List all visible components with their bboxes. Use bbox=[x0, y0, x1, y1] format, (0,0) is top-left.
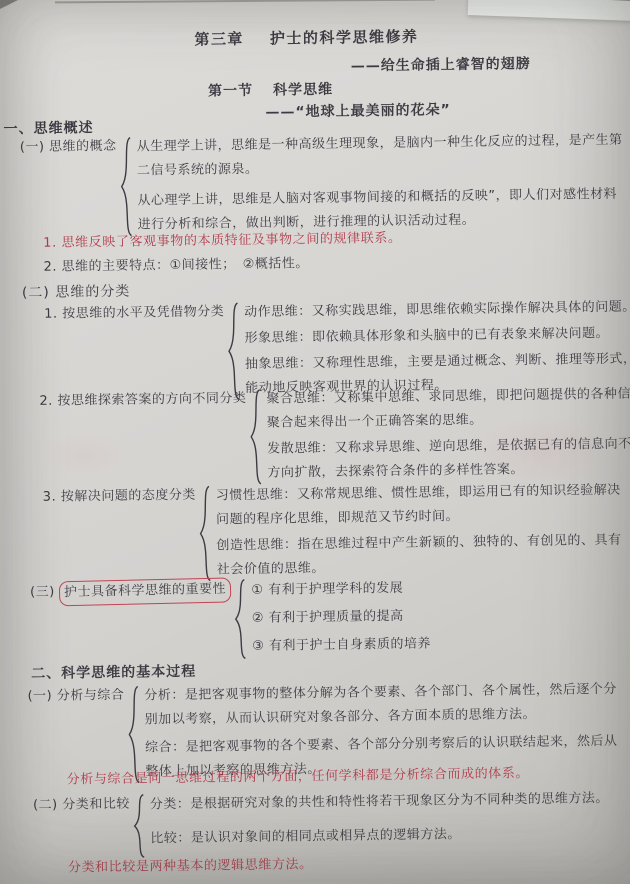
heading-process: 二、科学思维的基本过程 bbox=[31, 661, 196, 683]
thinking-type-item: 形象思维：即依赖具体形象和头脑中的已有表象来解决问题。 bbox=[244, 321, 630, 351]
brace-icon bbox=[249, 388, 263, 486]
red-annotation-compare: 分类和比较是两种基本的逻辑思维方法。 bbox=[68, 854, 313, 879]
heading-overview: 一、思维概述 bbox=[3, 117, 93, 138]
chapter-motto: ——给生命插上睿智的翅膀 bbox=[351, 53, 531, 76]
section-label: 第一节 bbox=[208, 80, 253, 101]
brace-icon bbox=[234, 578, 248, 660]
heading-classification: (二) 思维的分类 bbox=[22, 281, 131, 303]
thinking-type-item: 创造性思维：指在思维过程中产生新颖的、独特的、有创见的、具有社会价值的思维。 bbox=[216, 529, 630, 583]
brace-icon bbox=[227, 301, 241, 401]
handwritten-notes: 第三章 护士的科学思维修养 ——给生命插上睿智的翅膀 第一节 科学思维 ——“地… bbox=[0, 0, 630, 884]
importance-item: ③ 有利于护士自身素质的培养 bbox=[252, 631, 431, 659]
concept-item: 从生理学上讲，思维是一种高级生理现象，是脑内一种生化反应的过程，是产生第二信号系… bbox=[136, 129, 623, 184]
brace-icon bbox=[119, 136, 133, 238]
brace-icon bbox=[133, 793, 147, 858]
features-line: 2. 思维的主要特点：①间接性； ②概括性。 bbox=[43, 252, 309, 280]
red-annotation-essence: 1. 思维反映了客观事物的本质特征及事物之间的规律联系。 bbox=[43, 228, 402, 255]
concept-label: (一) 思维的概念 bbox=[20, 136, 117, 159]
importance-item: ② 有利于护理质量的提高 bbox=[252, 603, 431, 631]
analysis-label: (一) 分析与综合 bbox=[27, 685, 124, 708]
process-item: 分析：是把客观事物的整体分解为各个要素、各个部门、各个属性，然后逐个分别加以考察… bbox=[144, 678, 621, 733]
thinking-type-item: 聚合思维：又称集中思维、求同思维，即把问题提供的各种信息聚合起来得出一个正确答案… bbox=[266, 382, 630, 435]
thinking-type-item: 习惯性思维：又称常规思维、惯性思维，即运用已有的知识经验解决问题的程序化思维，即… bbox=[216, 479, 630, 533]
class-label-1: 1. 按思维的水平及凭借物分类 bbox=[44, 301, 224, 326]
section-title: 科学思维 bbox=[273, 79, 333, 100]
importance-item: ① 有利于护理学科的发展 bbox=[251, 575, 430, 603]
importance-label-boxed: 护士具备科学思维的重要性 bbox=[59, 577, 232, 606]
thinking-type-item: 动作思维：又称实践思维，即思维依赖实际操作解决具体的问题。 bbox=[244, 295, 630, 325]
brace-icon bbox=[199, 484, 213, 582]
chapter-title: 护士的科学思维修养 bbox=[270, 26, 419, 49]
thinking-type-item: 发散思维：又称求异思维、逆向思维，是依据已有的信息向不同方向扩散，去探索符合条件… bbox=[267, 432, 630, 485]
class-label-2: 2. 按思维探索答案的方向不同分类 bbox=[39, 388, 246, 413]
importance-label-prefix: (三) bbox=[30, 585, 55, 600]
section-motto: ——“地球上最美丽的花朵” bbox=[265, 99, 451, 122]
compare-label: (二) 分类和比较 bbox=[33, 794, 130, 817]
class-label-3: 3. 按解决问题的态度分类 bbox=[43, 485, 196, 509]
process-item: 分类：是根据研究对象的共性和特性将若干现象区分为不同种类的思维方法。 bbox=[150, 787, 616, 818]
process-item: 比较：是认识对象间的相同点或相异点的逻辑方法。 bbox=[150, 821, 616, 852]
chapter-label: 第三章 bbox=[194, 28, 244, 50]
importance-label: (三) 护士具备科学思维的重要性 bbox=[30, 578, 232, 606]
notebook-photo: 第三章 护士的科学思维修养 ——给生命插上睿智的翅膀 第一节 科学思维 ——“地… bbox=[0, 0, 630, 884]
